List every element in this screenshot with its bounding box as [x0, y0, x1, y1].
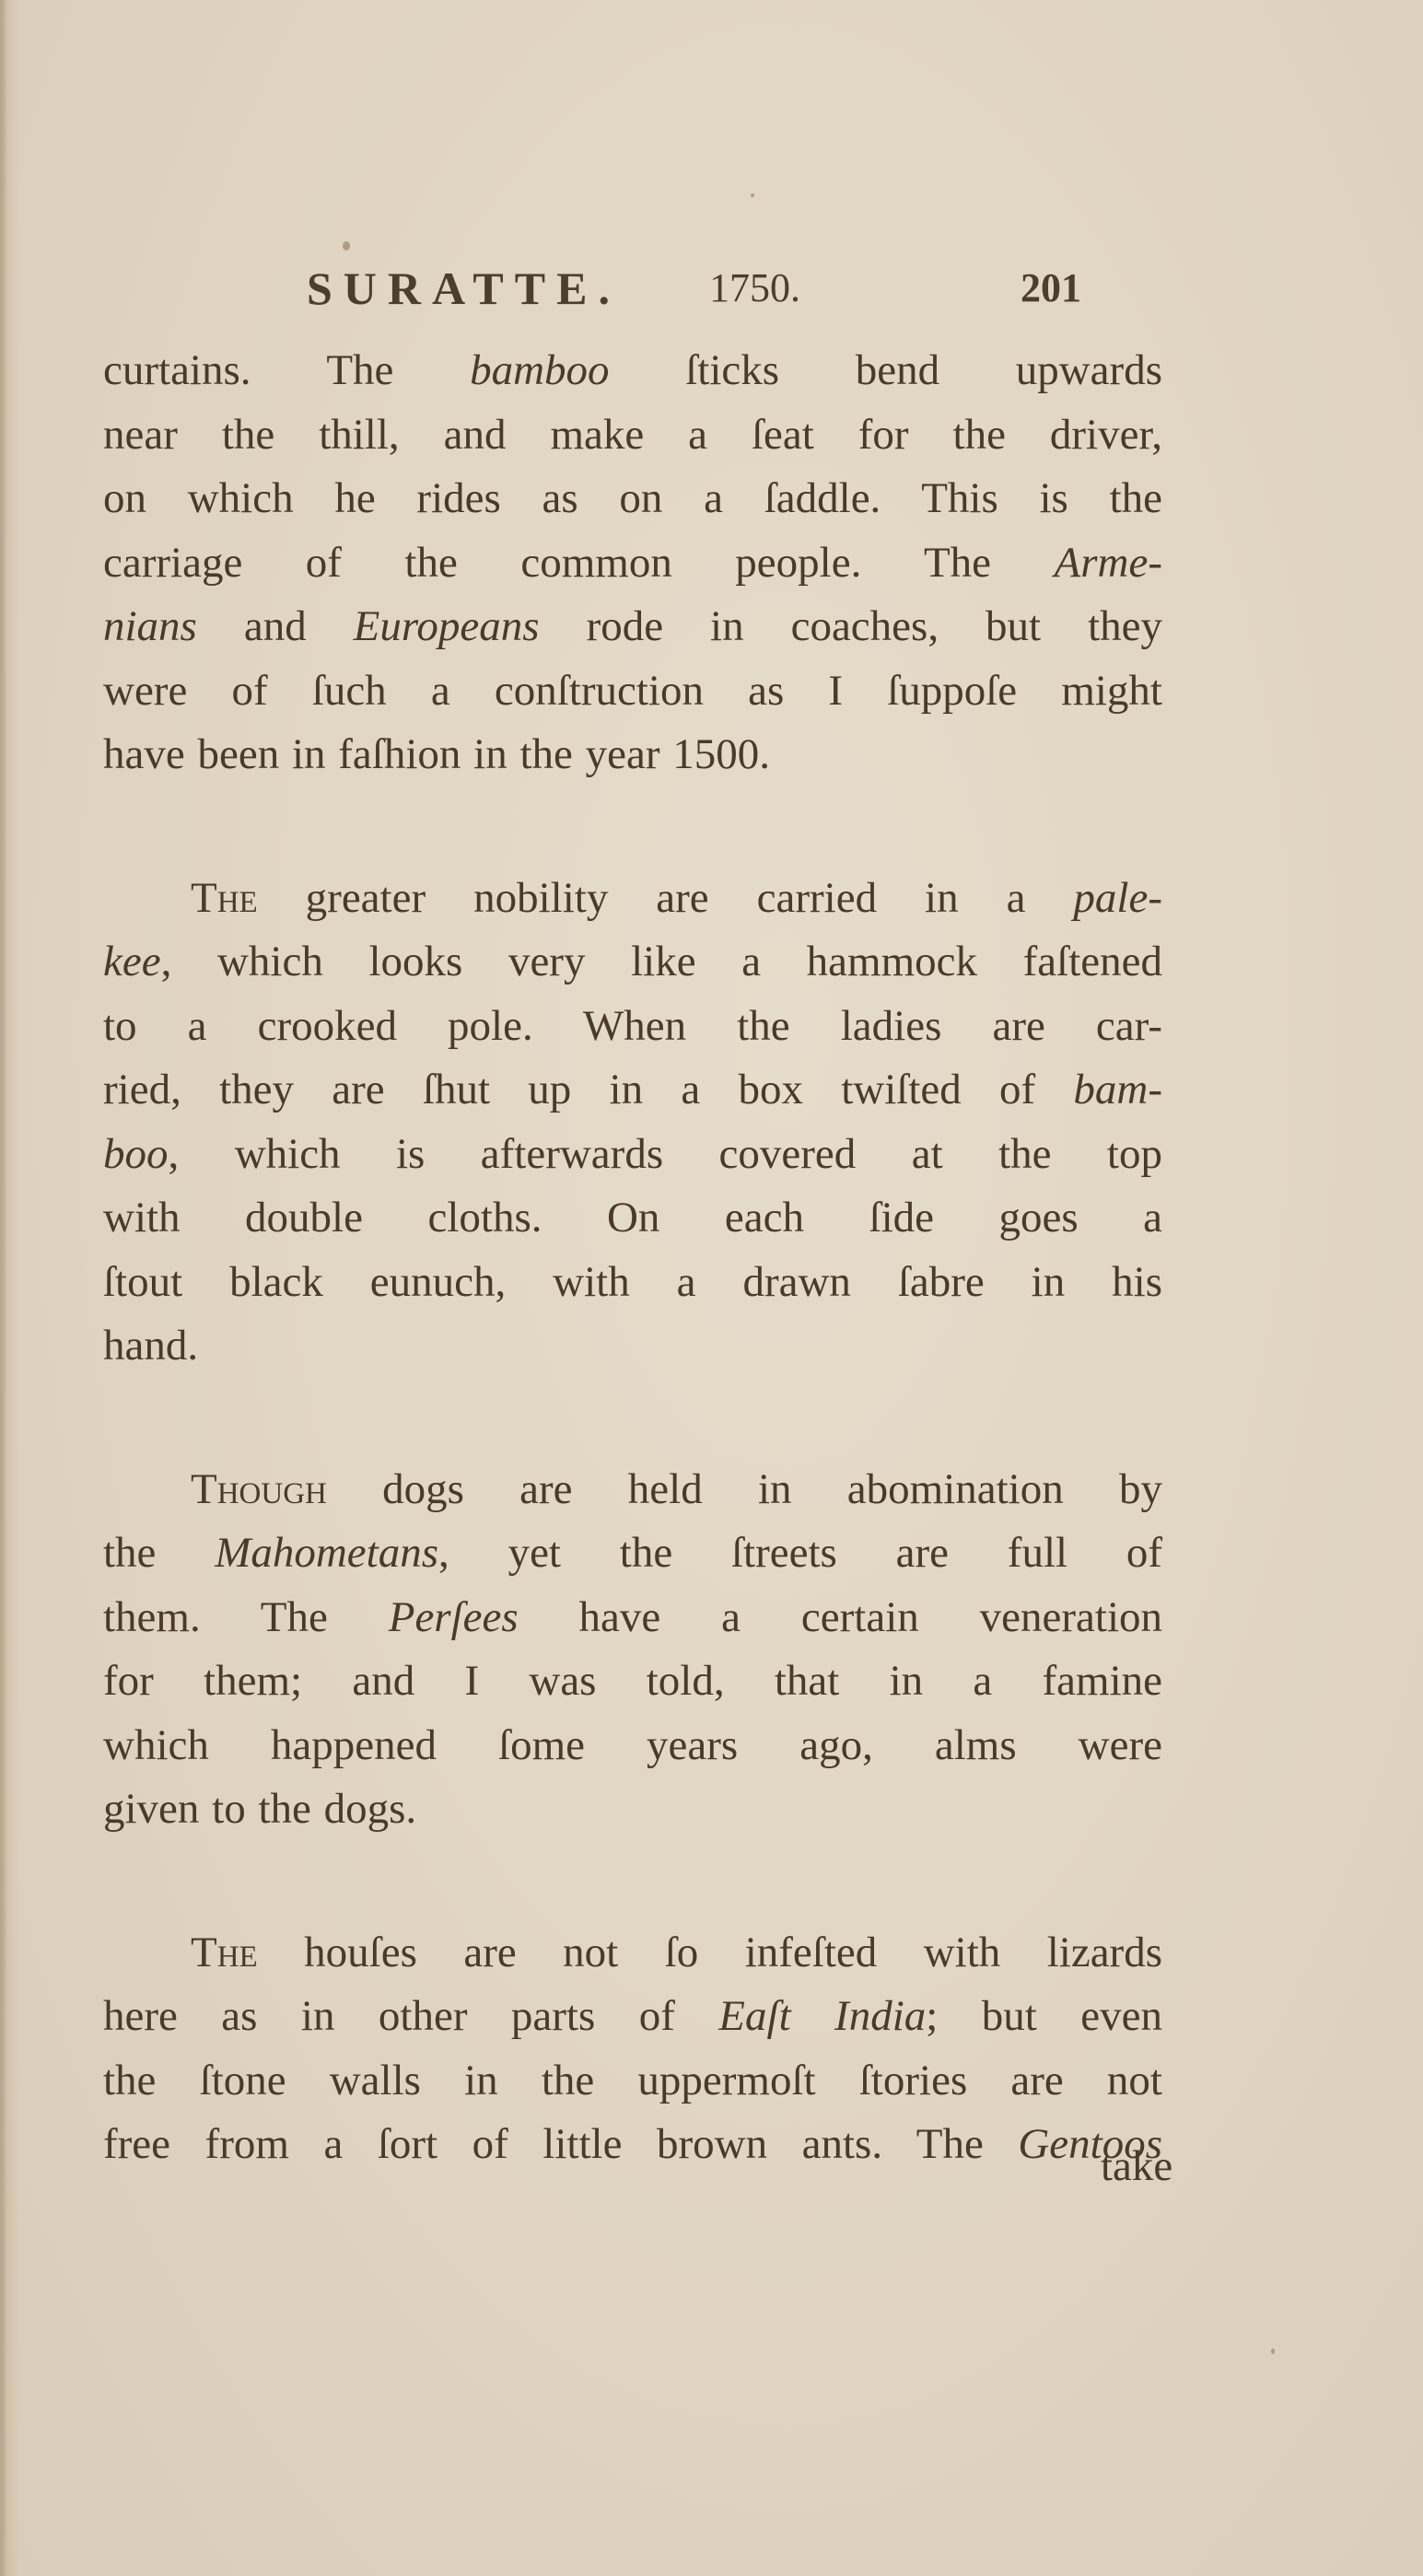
page-number: 201	[1021, 256, 1081, 321]
text-line: curtains. The bamboo ſticks bend upwards	[103, 339, 1162, 403]
text-run: hand.	[103, 1322, 198, 1370]
text-run: ſticks bend upwards	[610, 346, 1162, 394]
paper-speck	[751, 193, 754, 197]
text-run: given to the dogs.	[103, 1785, 416, 1833]
text-run: , which is afterwards covered at the top	[169, 1130, 1163, 1178]
text-line: which happened ſome years ago, alms were	[103, 1714, 1162, 1778]
text-run: ſtout black eunuch, with a drawn ſabre i…	[103, 1258, 1162, 1306]
text-line: boo, which is afterwards covered at the …	[103, 1123, 1162, 1187]
text-run: carriage of the common people. The	[103, 539, 1055, 587]
italic-term: bamboo	[470, 346, 609, 394]
text-run: here as in other parts of	[103, 1992, 718, 2040]
text-line: carriage of the common people. The Arme-	[103, 531, 1162, 596]
text-line: ſtout black eunuch, with a drawn ſabre i…	[103, 1251, 1162, 1315]
text-run: have a certain veneration	[519, 1593, 1162, 1641]
text-run: houſes are not ſo infeſted with lizards	[258, 1929, 1162, 1976]
body-text: curtains. The bamboo ſticks bend upwards…	[103, 339, 1162, 2177]
text-run: and	[197, 602, 354, 650]
text-run: have been in faſhion in the year 1500.	[103, 730, 770, 778]
text-line: for them; and I was told, that in a fami…	[103, 1649, 1162, 1714]
running-head-title: SURATTE.	[307, 256, 621, 321]
paragraph: The houſes are not ſo infeſted with liza…	[103, 1921, 1162, 2177]
text-line: Though dogs are held in abomination by	[103, 1458, 1162, 1522]
paragraph: The greater nobility are carried in a pa…	[103, 867, 1162, 1379]
italic-term: pale-	[1073, 874, 1162, 922]
text-line: the ſtone walls in the uppermoſt ſtories…	[103, 2049, 1162, 2114]
text-line: hand.	[103, 1314, 1162, 1379]
italic-term: Europeans	[354, 602, 540, 650]
paper-speck	[343, 241, 350, 251]
text-run: the ſtone walls in the uppermoſt ſtories…	[103, 2057, 1162, 2104]
small-caps-opening: The	[191, 874, 258, 922]
text-run: near the thill, and make a ſeat for the …	[103, 411, 1162, 459]
text-run: were of ſuch a conſtruction as I ſuppoſe…	[103, 667, 1162, 715]
text-run: , yet the ſtreets are full of	[438, 1529, 1162, 1577]
text-run: rode in coaches, but they	[540, 602, 1162, 650]
text-line: ried, they are ſhut up in a box twiſted …	[103, 1058, 1162, 1123]
italic-term: Mahometans	[215, 1529, 438, 1577]
small-caps-opening: The	[191, 1929, 258, 1976]
italic-term: bam-	[1073, 1066, 1162, 1113]
text-run: dogs are held in abomination by	[327, 1465, 1162, 1513]
text-line: have been in faſhion in the year 1500.	[103, 723, 1162, 787]
page-gutter-edge	[0, 0, 7, 2576]
text-line: The greater nobility are carried in a pa…	[103, 867, 1162, 931]
text-line: free from a ſort of little brown ants. T…	[103, 2113, 1162, 2177]
italic-term: kee	[103, 938, 161, 985]
text-line: here as in other parts of Eaſt India; bu…	[103, 1985, 1162, 2049]
text-line: to a crooked pole. When the ladies are c…	[103, 995, 1162, 1059]
running-head: SURATTE. 1750. 201	[307, 256, 1136, 321]
text-run: , which looks very like a hammock faſten…	[161, 938, 1162, 985]
small-caps-opening: Though	[191, 1465, 327, 1513]
text-run: the	[103, 1529, 215, 1577]
text-run: ; but even	[926, 1992, 1162, 2040]
italic-term: Eaſt India	[718, 1992, 926, 2040]
text-line: nians and Europeans rode in coaches, but…	[103, 595, 1162, 659]
text-line: them. The Perſees have a certain venerat…	[103, 1586, 1162, 1650]
text-line: with double cloths. On each ſide goes a	[103, 1186, 1162, 1251]
catchword: take	[1101, 2135, 1172, 2198]
running-head-year: 1750.	[709, 256, 800, 321]
text-run: ried, they are ſhut up in a box twiſted …	[103, 1066, 1073, 1113]
text-line: The houſes are not ſo infeſted with liza…	[103, 1921, 1162, 1986]
text-line: on which he rides as on a ſaddle. This i…	[103, 467, 1162, 531]
text-line: given to the dogs.	[103, 1778, 1162, 1842]
text-run: them. The	[103, 1593, 389, 1641]
italic-term: Arme-	[1055, 539, 1162, 587]
text-run: to a crooked pole. When the ladies are c…	[103, 1002, 1162, 1050]
text-line: near the thill, and make a ſeat for the …	[103, 403, 1162, 468]
text-run: greater nobility are carried in a	[258, 874, 1074, 922]
text-run: free from a ſort of little brown ants. T…	[103, 2120, 1018, 2168]
paper-speck	[1271, 2349, 1275, 2354]
text-line: the Mahometans, yet the ſtreets are full…	[103, 1521, 1162, 1586]
text-line: kee, which looks very like a hammock faſ…	[103, 930, 1162, 995]
text-run: for them; and I was told, that in a fami…	[103, 1657, 1162, 1705]
text-run: with double cloths. On each ſide goes a	[103, 1194, 1162, 1241]
text-line: were of ſuch a conſtruction as I ſuppoſe…	[103, 659, 1162, 724]
italic-term: Perſees	[389, 1593, 519, 1641]
text-run: on which he rides as on a ſaddle. This i…	[103, 474, 1162, 522]
text-run: which happened ſome years ago, alms were	[103, 1721, 1162, 1769]
text-run: curtains. The	[103, 346, 470, 394]
paragraph: Though dogs are held in abomination byth…	[103, 1458, 1162, 1842]
italic-term: nians	[103, 602, 197, 650]
italic-term: boo	[103, 1130, 169, 1178]
paragraph: curtains. The bamboo ſticks bend upwards…	[103, 339, 1162, 787]
